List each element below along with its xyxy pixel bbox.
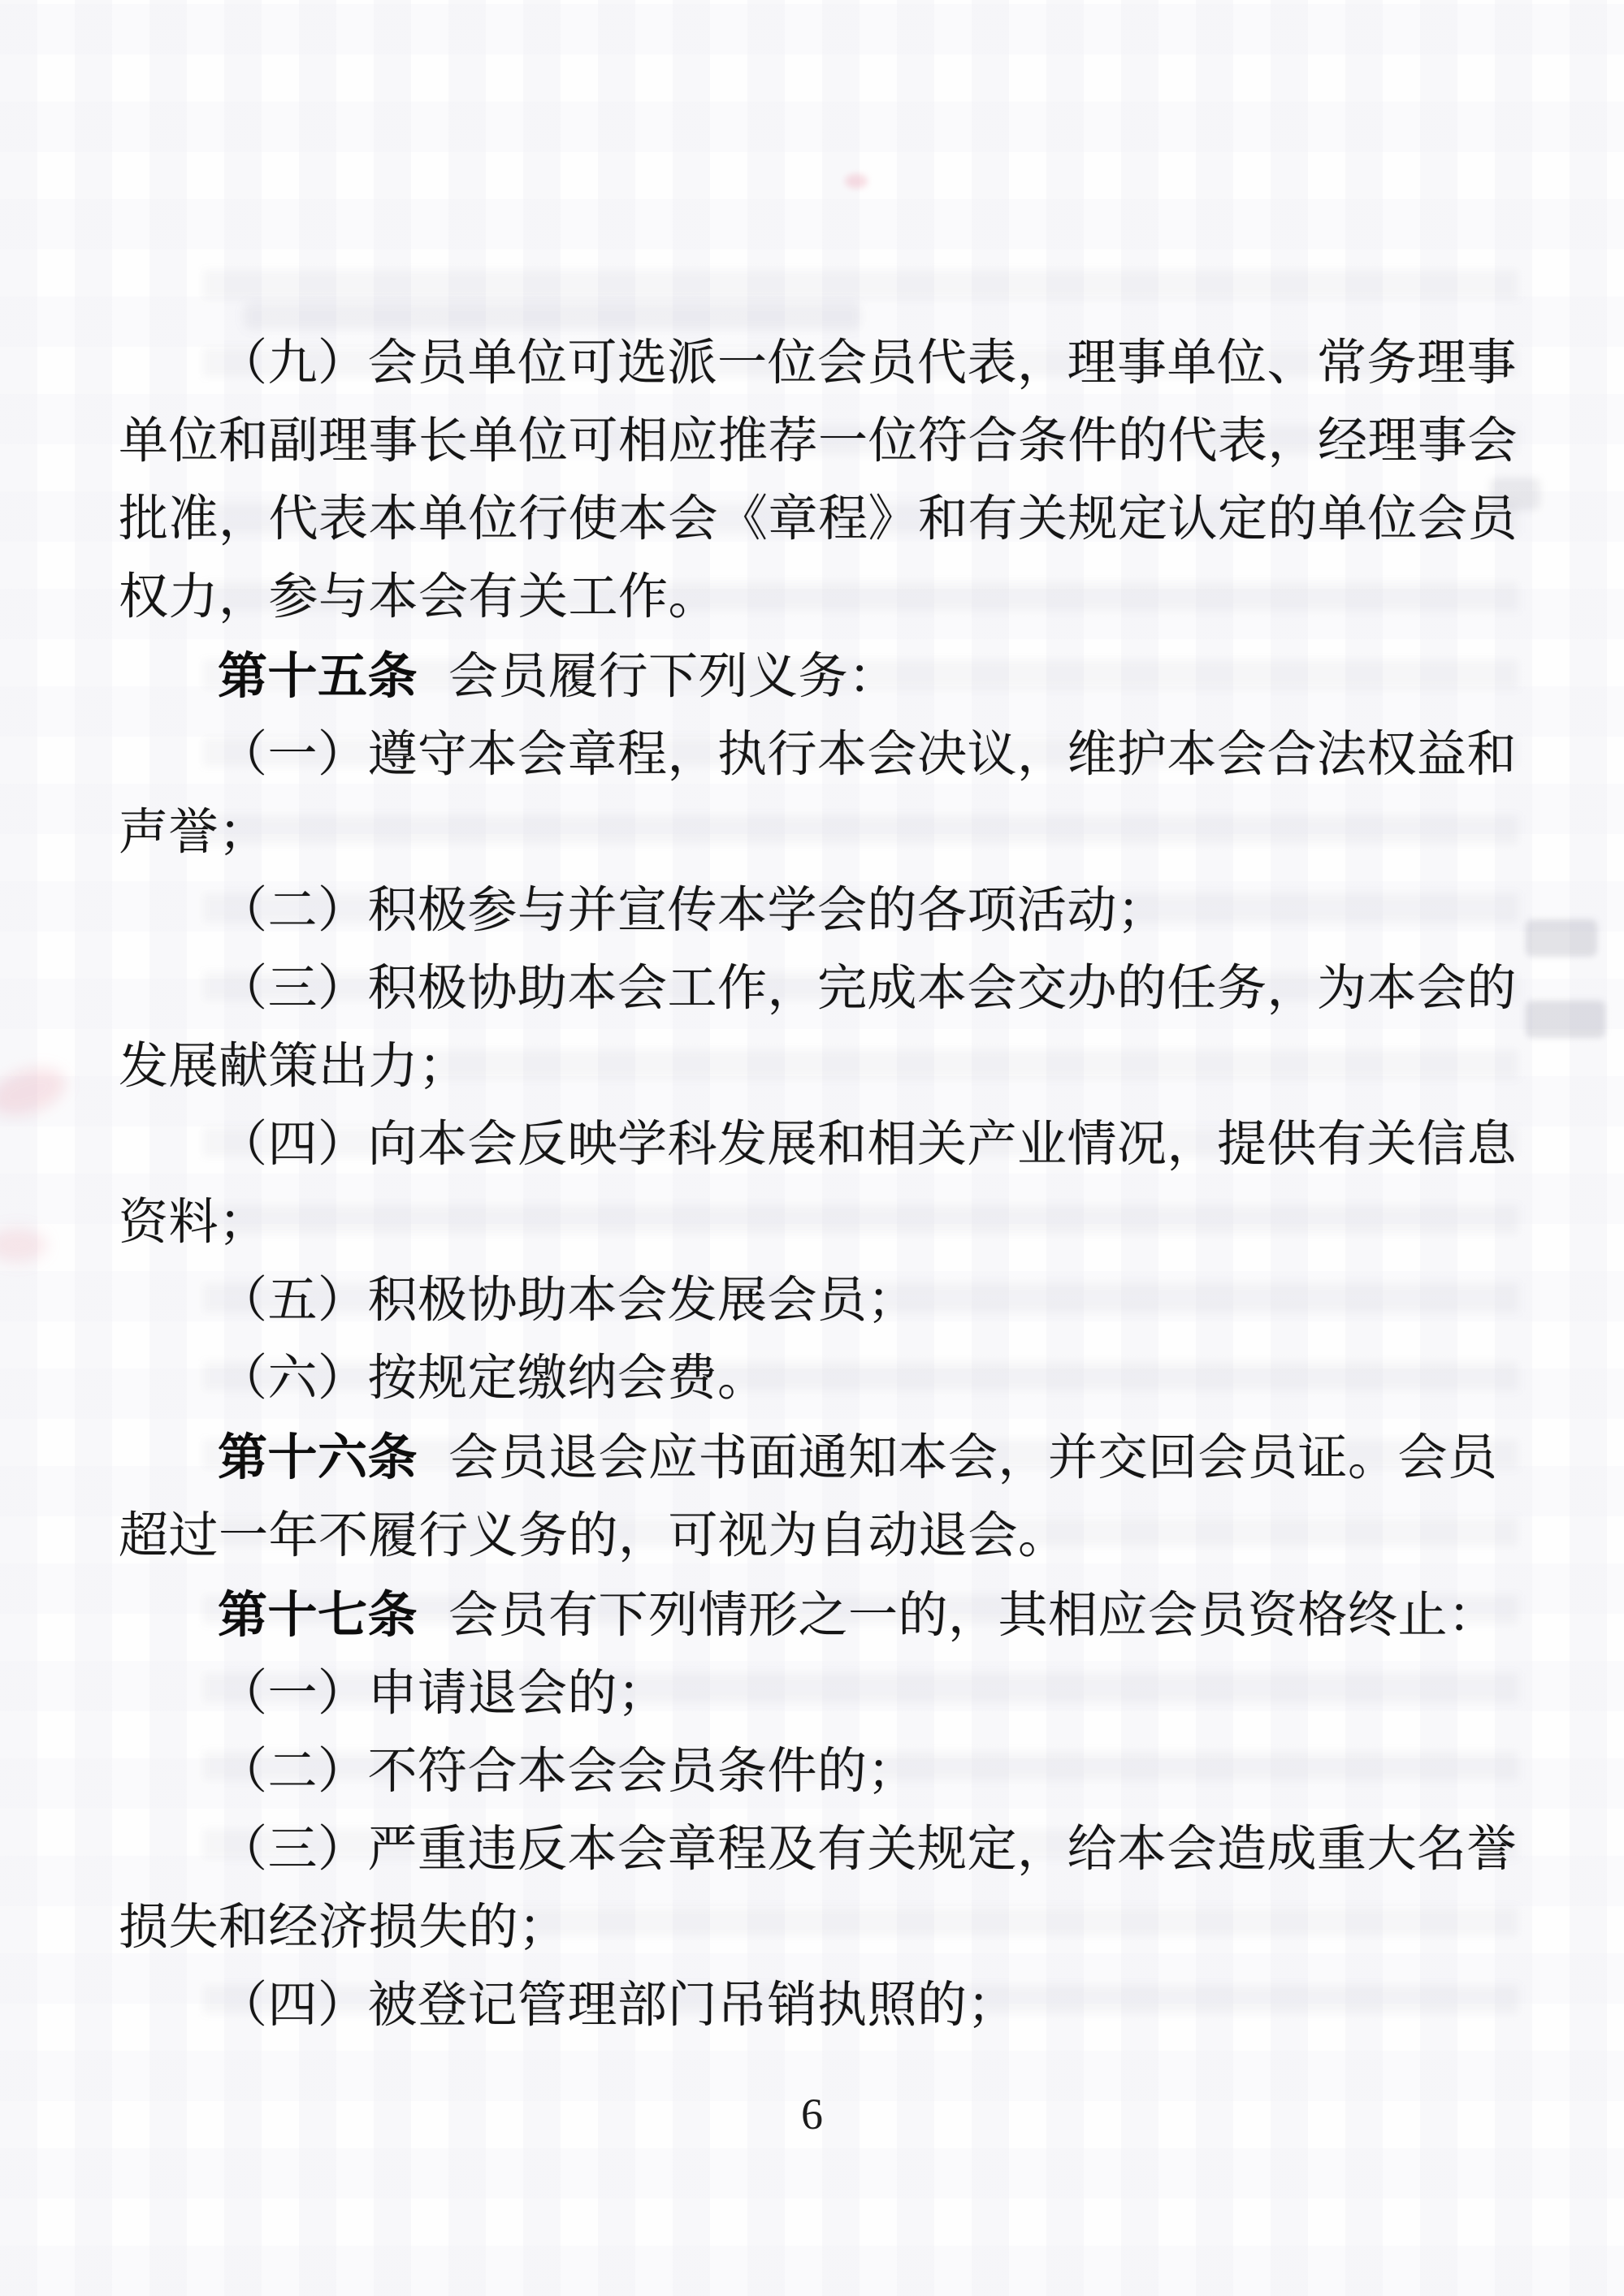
line-text: （一）申请退会的；	[218, 1667, 668, 1721]
paragraph-first-line: （二）积极参与并宣传本学会的各项活动；	[119, 872, 1513, 950]
paragraph-first-line: （一）遵守本会章程，执行本会决议，维护本会合法权益和	[119, 716, 1513, 794]
line-text: 资料；	[119, 1196, 269, 1250]
line-text: 单位和副理事长单位可相应推荐一位符合条件的代表，经理事会	[119, 414, 1518, 469]
line-text: （四）向本会反映学科发展和相关产业情况，提供有关信息	[218, 1118, 1517, 1172]
paragraph-wrap-line: 损失和经济损失的；	[119, 1889, 1513, 1967]
paragraph-wrap-line: 超过一年不履行义务的，可视为自动退会。	[119, 1498, 1513, 1576]
paragraph-first-line: （三）积极协助本会工作，完成本会交办的任务，为本会的	[119, 950, 1513, 1028]
line-text: （二）不符合本会会员条件的；	[218, 1745, 917, 1799]
line-text: （四）被登记管理部门吊销执照的；	[218, 1978, 1017, 2033]
line-text: 损失和经济损失的；	[119, 1900, 569, 1955]
paragraph-wrap-line: 声誉；	[119, 794, 1513, 872]
line-text: （三）积极协助本会工作，完成本会交办的任务，为本会的	[218, 962, 1517, 1016]
bleed-through-smudge	[1526, 1001, 1605, 1038]
paragraph-wrap-line: 批准，代表本单位行使本会《章程》和有关规定认定的单位会员	[119, 481, 1513, 559]
paragraph-first-line: （二）不符合本会会员条件的；	[119, 1733, 1513, 1811]
paragraph-first-line: （四）向本会反映学科发展和相关产业情况，提供有关信息	[119, 1106, 1513, 1184]
line-text: 声誉；	[119, 806, 269, 860]
article-number: 第十五条	[218, 648, 418, 703]
paragraph-wrap-line: 发展献策出力；	[119, 1028, 1513, 1106]
ink-smudge	[845, 174, 868, 188]
line-text: 权力，参与本会有关工作。	[119, 570, 718, 625]
article-number: 第十六条	[218, 1429, 418, 1485]
line-text: 会员有下列情形之一的，其相应会员资格终止：	[448, 1589, 1498, 1643]
paragraph-first-line: 第十六条会员退会应书面通知本会，并交回会员证。会员	[119, 1418, 1513, 1498]
page-number: 6	[0, 2086, 1624, 2143]
line-text: （五）积极协助本会发展会员；	[218, 1273, 917, 1328]
paragraph-first-line: （四）被登记管理部门吊销执照的；	[119, 1967, 1513, 2045]
paragraph-first-line: 第十五条会员履行下列义务：	[119, 637, 1513, 716]
paragraph-wrap-line: 单位和副理事长单位可相应推荐一位符合条件的代表，经理事会	[119, 403, 1513, 481]
line-text: 发展献策出力；	[119, 1040, 469, 1094]
paragraph-first-line: （九）会员单位可选派一位会员代表，理事单位、常务理事	[119, 325, 1513, 403]
line-text: （九）会员单位可选派一位会员代表，理事单位、常务理事	[218, 336, 1517, 391]
line-text: 超过一年不履行义务的，可视为自动退会。	[119, 1509, 1068, 1563]
line-text: （一）遵守本会章程，执行本会决议，维护本会合法权益和	[218, 728, 1517, 782]
paragraph-wrap-line: 权力，参与本会有关工作。	[119, 559, 1513, 637]
line-text: （二）积极参与并宣传本学会的各项活动；	[218, 884, 1167, 938]
paragraph-wrap-line: 资料；	[119, 1184, 1513, 1262]
line-text: 会员退会应书面通知本会，并交回会员证。会员	[448, 1431, 1498, 1485]
ink-smudge	[0, 1059, 71, 1123]
paragraph-first-line: （六）按规定缴纳会费。	[119, 1340, 1513, 1418]
line-text: （三）严重违反本会章程及有关规定，给本会造成重大名誉	[218, 1823, 1517, 1877]
scanned-document-page: （九）会员单位可选派一位会员代表，理事单位、常务理事单位和副理事长单位可相应推荐…	[0, 0, 1624, 2296]
paragraph-first-line: （三）严重违反本会章程及有关规定，给本会造成重大名誉	[119, 1811, 1513, 1889]
line-text: 会员履行下列义务：	[448, 650, 899, 704]
article-number: 第十七条	[218, 1587, 418, 1642]
line-text: 批准，代表本单位行使本会《章程》和有关规定认定的单位会员	[119, 492, 1518, 547]
bleed-through-smudge	[1526, 919, 1597, 957]
paragraph-first-line: 第十七条会员有下列情形之一的，其相应会员资格终止：	[119, 1576, 1513, 1655]
paragraph-first-line: （一）申请退会的；	[119, 1655, 1513, 1733]
document-body-text: （九）会员单位可选派一位会员代表，理事单位、常务理事单位和副理事长单位可相应推荐…	[119, 325, 1513, 2045]
ink-smudge	[0, 1228, 47, 1262]
paragraph-first-line: （五）积极协助本会发展会员；	[119, 1262, 1513, 1340]
line-text: （六）按规定缴纳会费。	[218, 1351, 768, 1406]
